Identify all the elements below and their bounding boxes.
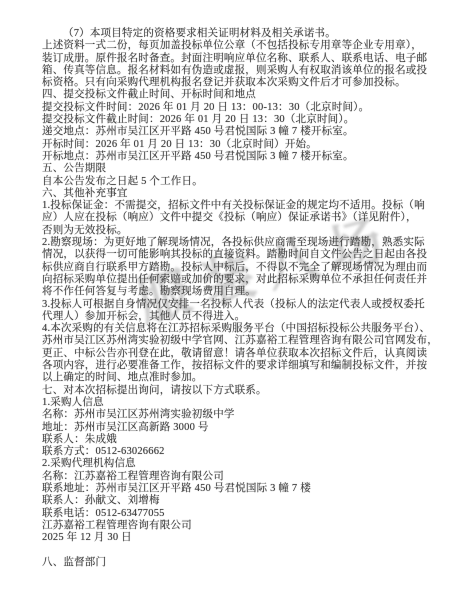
text-line: 江苏嘉裕工程管理咨询有限公司: [42, 520, 418, 532]
text-line: 情况，以获得一切可能影响其投标的直接资料。踏勘时间自文件公告之日起由各投: [42, 249, 418, 261]
text-line: 标供应商自行联系甲方踏勘。投标人中标后，不得以不完全了解现场情况为理由而: [42, 262, 418, 274]
text-line: 1.投标保证金：不需提交，招标文件中有关投标保证金的规定均不适用。投标（响: [42, 200, 418, 212]
text-line: 2.勘察现场：为更好地了解现场情况，各投标供应商需至现场进行踏勘，熟悉实际: [42, 237, 418, 249]
document-page: 服装八场 （7）本项目特定的资格要求相关证明材料及相关承诺书。上述资料一式二份，…: [0, 0, 450, 600]
text-line: 递交地点：苏州市吴江区开平路 450 号君悦国际 3 幢 7 楼开标室。: [42, 126, 418, 138]
text-line: 箱、传真等信息。报名材料如有伪造或虚报，则采购人有权取消该单位的报名或投: [42, 65, 418, 77]
text-line: 2.采购代理机构信息: [42, 458, 418, 470]
text-line: 联系人：朱成娥: [42, 434, 418, 446]
text-line: 2025 年 12 月 30 日: [42, 532, 418, 544]
text-line: 装订成册。原件报名时备查。封面注明响应单位名称、联系人、联系电话、电子邮: [42, 53, 418, 65]
text-line: （7）本项目特定的资格要求相关证明材料及相关承诺书。: [42, 28, 418, 40]
text-line: 向招标采购单位提出任何索赔或加价的要求，对此招标采购单位不承担任何责任并: [42, 274, 418, 286]
text-line: 更正、中标公告亦刊登在此，敬请留意！请各单位获取本次招标文件后，认真阅读: [42, 348, 418, 360]
text-line: 苏州市吴江区苏州湾实验初级中学官网、江苏嘉裕工程管理咨询有限公司官网发布，: [42, 335, 418, 347]
text-line: 4.本次采购的有关信息将在江苏招标采购服务平台（中国招标投标公共服务平台）、: [42, 323, 418, 335]
text-line: 联系方式：0512-63026662: [42, 446, 418, 458]
blank-line: [42, 544, 418, 556]
text-line: 3.投标人可根据自身情况仅安排一名投标人代表（投标人的法定代表人或授权委托: [42, 299, 418, 311]
text-line: 六、其他补充事宜: [42, 188, 418, 200]
text-line: 开标地点：苏州市吴江区开平路 450 号君悦国际 3 幢 7 楼开标室。: [42, 151, 418, 163]
text-line: 提交投标文件时间：2026 年 01 月 20 日 13：00-13：30（北京…: [42, 102, 418, 114]
text-line: 开标时间：2026 年 01 月 20 日 13：30（北京时间）开始。: [42, 139, 418, 151]
text-line: 1.采购人信息: [42, 397, 418, 409]
text-line: 联系人：孙献文、刘增梅: [42, 495, 418, 507]
document-body: （7）本项目特定的资格要求相关证明材料及相关承诺书。上述资料一式二份，每页加盖投…: [42, 28, 418, 569]
text-line: 四、提交投标文件截止时间、开标时间和地点: [42, 89, 418, 101]
text-line: 八、监督部门: [42, 557, 418, 569]
text-line: 代理人）参加开标会，其他人员不得进入。: [42, 311, 418, 323]
text-line: 将不作任何答复与考虑。勘察现场费用自理。: [42, 286, 418, 298]
text-line: 否则为无效投标。: [42, 225, 418, 237]
text-line: 名称：苏州市吴江区苏州湾实验初级中学: [42, 409, 418, 421]
text-line: 上述资料一式二份，每页加盖投标单位公章（不包括投标专用章等企业专用章），: [42, 40, 418, 52]
text-line: 七、对本次招标提出询问，请按以下方式联系。: [42, 385, 418, 397]
text-line: 自本公告发布之日起 5 个工作日。: [42, 176, 418, 188]
text-line: 名称：江苏嘉裕工程管理咨询有限公司: [42, 471, 418, 483]
text-line: 标资格。只有向采购代理机构报名登记并获取本次采购文件后才可参加投标。: [42, 77, 418, 89]
text-line: 地址：苏州市吴江区高新路 3000 号: [42, 422, 418, 434]
text-line: 提交投标文件截止时间：2026 年 01 月 20 日 13：30（北京时间）。: [42, 114, 418, 126]
text-line: 应）人应在投标（响应）文件中提交《投标（响应）保证承诺书》（详见附件），: [42, 212, 418, 224]
text-line: 各项内容，进行必要准备工作，按招标文件的要求详细填写和编制投标文件，并按: [42, 360, 418, 372]
text-line: 五、公告期限: [42, 163, 418, 175]
text-line: 联系电话：0512-63477055: [42, 508, 418, 520]
text-line: 联系地址：苏州市吴江区开平路 450 号君悦国际 3 幢 7 楼: [42, 483, 418, 495]
text-line: 以上确定的时间、地点准时参加。: [42, 372, 418, 384]
